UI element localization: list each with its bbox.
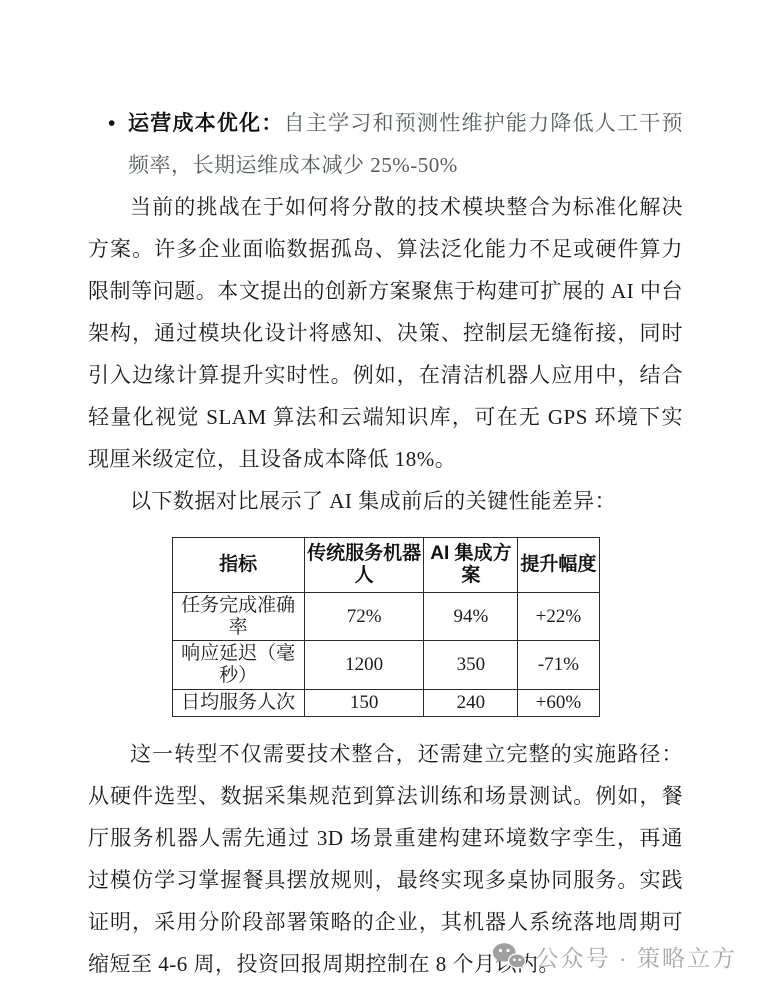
bullet-label: 运营成本优化： (128, 111, 284, 135)
table-cell: 94% (424, 592, 518, 641)
wechat-icon (492, 942, 526, 971)
table-cell: +22% (518, 592, 599, 641)
table-cell: 响应延迟（毫秒） (172, 641, 304, 690)
bullet-item-cost-optimization: • 运营成本优化：自主学习和预测性维护能力降低人工干预频率，长期运维成本减少 2… (88, 102, 683, 186)
watermark-footer: 公众号 · 策略立方 (492, 940, 737, 973)
table-cell: 1200 (304, 641, 424, 690)
table-cell: -71% (518, 641, 599, 690)
comparison-table: 指标 传统服务机器人 AI 集成方案 提升幅度 任务完成准确率 72% 94% … (172, 537, 600, 717)
table-header-ai: AI 集成方案 (424, 538, 518, 593)
table-cell: 日均服务人次 (172, 690, 304, 717)
table-cell: +60% (518, 690, 599, 717)
paragraph-table-intro: 以下数据对比展示了 AI 集成前后的关键性能差异： (88, 480, 683, 522)
table-header-row: 指标 传统服务机器人 AI 集成方案 提升幅度 (172, 538, 599, 593)
comparison-table-wrapper: 指标 传统服务机器人 AI 集成方案 提升幅度 任务完成准确率 72% 94% … (88, 537, 683, 717)
table-header-metric: 指标 (172, 538, 304, 593)
table-row: 日均服务人次 150 240 +60% (172, 690, 599, 717)
bullet-marker: • (88, 102, 128, 144)
table-cell: 72% (304, 592, 424, 641)
table-cell: 350 (424, 641, 518, 690)
document-content: • 运营成本优化：自主学习和预测性维护能力降低人工干预频率，长期运维成本减少 2… (88, 102, 683, 985)
table-row: 任务完成准确率 72% 94% +22% (172, 592, 599, 641)
table-header-traditional: 传统服务机器人 (304, 538, 424, 593)
table-header-improvement: 提升幅度 (518, 538, 599, 593)
table-cell: 150 (304, 690, 424, 717)
watermark-text: 公众号 · 策略立方 (536, 940, 737, 973)
table-cell: 任务完成准确率 (172, 592, 304, 641)
paragraph-challenge: 当前的挑战在于如何将分散的技术模块整合为标准化解决方案。许多企业面临数据孤岛、算… (88, 186, 683, 480)
bullet-text: 运营成本优化：自主学习和预测性维护能力降低人工干预频率，长期运维成本减少 25%… (128, 102, 683, 186)
table-row: 响应延迟（毫秒） 1200 350 -71% (172, 641, 599, 690)
table-cell: 240 (424, 690, 518, 717)
document-page: • 运营成本优化：自主学习和预测性维护能力降低人工干预频率，长期运维成本减少 2… (0, 0, 765, 990)
